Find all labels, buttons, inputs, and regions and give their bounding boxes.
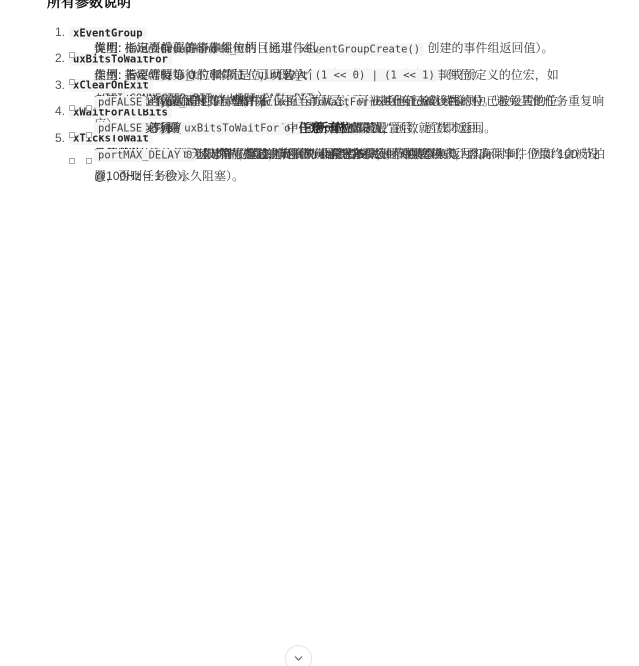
bullet-marker	[86, 105, 92, 111]
list-number: 1.	[55, 22, 65, 43]
text-segment: 被设置，函数就立即返回。	[346, 121, 490, 135]
bullet-marker	[86, 132, 92, 138]
inline-code: pdFALSE	[94, 122, 146, 135]
bullet-marker	[69, 79, 75, 85]
bullet-marker	[69, 132, 75, 138]
bullet-marker	[86, 158, 92, 164]
bold-text: 任意一位	[298, 121, 346, 135]
bullet-content: portMAX_DELAY: 无限等待，直到事件位满足条件才返回（阻塞模式，需确…	[94, 144, 611, 188]
parameter-item: 1.xEventGroup类型: EventGroupHandle_t作用: 指…	[47, 21, 564, 44]
bullet-marker	[69, 158, 75, 164]
list-number: 5.	[55, 128, 65, 149]
bullet-content: 说明: 标识当前要等待事件位的目标事件组。	[94, 38, 611, 59]
text-segment: : 不清除任何位（事件位保持当前状态，可被其他任务继续检测）。	[146, 94, 495, 108]
inline-code: (1 << 0) | (1 << 1)	[311, 69, 439, 82]
text-segment: 中	[283, 121, 298, 135]
chevron-down-icon	[292, 652, 305, 665]
scroll-down-button[interactable]	[285, 645, 312, 666]
text-segment: 示例: 若要等待第 0 位和第 1 位，可传入	[94, 68, 311, 82]
bullet-content: pdFALSE: 不清除任何位（事件位保持当前状态，可被其他任务继续检测）。	[94, 91, 611, 113]
inline-code: uxBitsToWaitFor	[180, 122, 283, 135]
list-number: 3.	[55, 75, 65, 96]
inline-code: pdFALSE	[94, 96, 146, 109]
bullet-marker	[69, 105, 75, 111]
bullet-marker	[69, 52, 75, 58]
list-number: 4.	[55, 101, 65, 122]
page-title: 所有参数说明	[47, 0, 564, 10]
document-content: 所有参数说明 1.xEventGroup类型: EventGroupHandle…	[47, 0, 564, 153]
list-number: 2.	[55, 48, 65, 69]
parameter-list: 1.xEventGroup类型: EventGroupHandle_t作用: 指…	[47, 21, 564, 150]
text-segment: 说明: 标识当前要等待事件位的目标事件组。	[94, 41, 329, 55]
text-segment: : 只要	[146, 121, 180, 135]
inline-code: portMAX_DELAY	[94, 149, 184, 162]
bullet-content: pdFALSE: 只要 uxBitsToWaitFor 中任意一位被设置，函数就…	[94, 118, 611, 140]
document-page: 所有参数说明 1.xEventGroup类型: EventGroupHandle…	[0, 0, 639, 666]
text-segment: （或预定义的位宏，如	[439, 68, 559, 82]
